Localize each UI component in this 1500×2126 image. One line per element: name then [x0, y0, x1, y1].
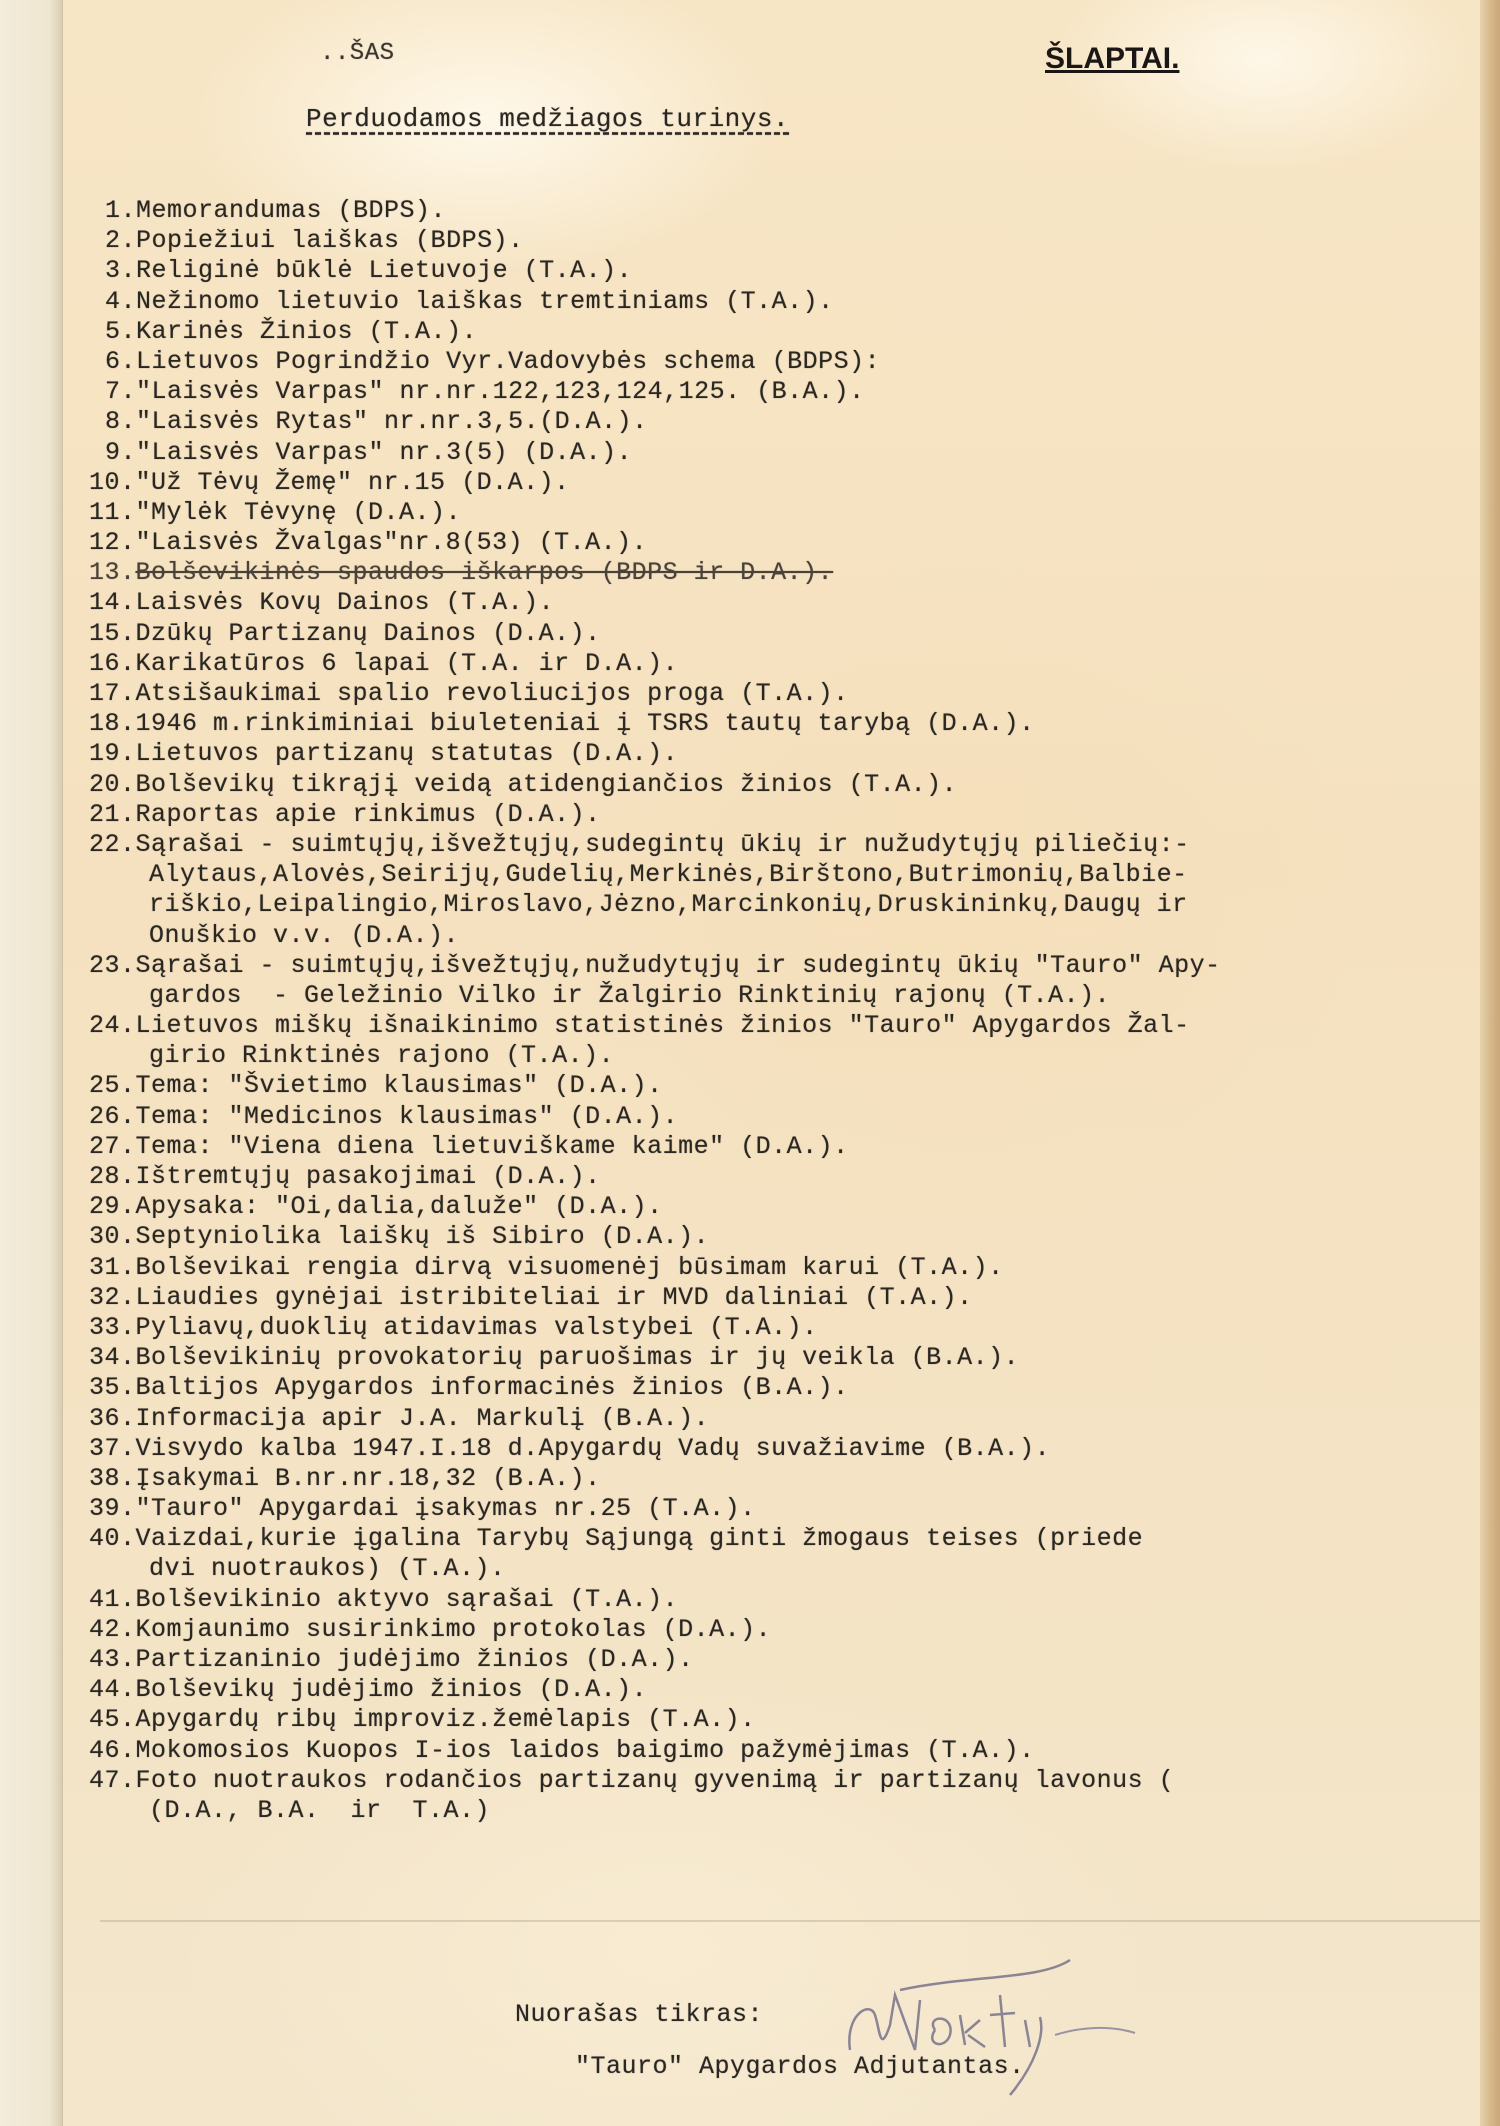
- paper-fold-line: [100, 1920, 1480, 1922]
- list-item: 47.Foto nuotraukos rodančios partizanų g…: [89, 1766, 1221, 1796]
- item-number: 36.: [89, 1404, 136, 1434]
- list-item-continuation: (D.A., B.A. ir T.A.): [119, 1796, 1221, 1826]
- item-number: 5.: [105, 317, 136, 347]
- list-item-continuation: riškio,Leipalingio,Miroslavo,Jėzno,Marci…: [119, 890, 1221, 920]
- list-item: 33.Pyliavų,duoklių atidavimas valstybei …: [89, 1313, 1221, 1343]
- item-text: Tema: "Švietimo klausimas" (D.A.).: [136, 1071, 663, 1100]
- list-item: 31.Bolševikai rengia dirvą visuomenėj bū…: [89, 1253, 1221, 1283]
- item-number: 26.: [89, 1102, 136, 1132]
- list-item: 22.Sąrašai - suimtųjų,išvežtųjų,sudegint…: [89, 830, 1221, 860]
- item-text: Vaizdai,kurie įgalina Tarybų Sąjungą gin…: [136, 1524, 1144, 1553]
- item-text: 1946 m.rinkiminiai biuleteniai į TSRS ta…: [136, 709, 1035, 738]
- item-number: 44.: [89, 1675, 136, 1705]
- item-number: 19.: [89, 739, 136, 769]
- item-number: 2.: [105, 226, 136, 256]
- item-number: 28.: [89, 1162, 136, 1192]
- item-number: 45.: [89, 1705, 136, 1735]
- list-item: 45.Apygardų ribų improviz.žemėlapis (T.A…: [89, 1705, 1221, 1735]
- item-text: girio Rinktinės rajono (T.A.).: [149, 1041, 614, 1070]
- item-text: Lietuvos partizanų statutas (D.A.).: [136, 739, 679, 768]
- list-item: 36.Informacija apir J.A. Markulį (B.A.).: [89, 1404, 1221, 1434]
- list-item-continuation: Alytaus,Alovės,Seirijų,Gudelių,Merkinės,…: [119, 860, 1221, 890]
- item-text: Lietuvos Pogrindžio Vyr.Vadovybės schema…: [136, 347, 880, 376]
- item-text: Komjaunimo susirinkimo protokolas (D.A.)…: [136, 1615, 772, 1644]
- item-text: Ištremtųjų pasakojimai (D.A.).: [136, 1162, 601, 1191]
- list-item: 34.Bolševikinių provokatorių paruošimas …: [89, 1343, 1221, 1373]
- item-text: Bolševikai rengia dirvą visuomenėj būsim…: [136, 1253, 1004, 1282]
- classification-mark: ŠLAPTAI.: [1045, 42, 1179, 76]
- list-item: 7."Laisvės Varpas" nr.nr.122,123,124,125…: [105, 377, 1221, 407]
- list-item: 35.Baltijos Apygardos informacinės žinio…: [89, 1373, 1221, 1403]
- item-text: "Laisvės Varpas" nr.nr.122,123,124,125. …: [136, 377, 865, 406]
- list-item: 40.Vaizdai,kurie įgalina Tarybų Sąjungą …: [89, 1524, 1221, 1554]
- item-number: 4.: [105, 287, 136, 317]
- item-text: Foto nuotraukos rodančios partizanų gyve…: [136, 1766, 1175, 1795]
- item-text: Bolševikų tikrąjį veidą atidengiančios ž…: [136, 770, 958, 799]
- list-item: 23.Sąrašai - suimtųjų,išvežtųjų,nužudytų…: [89, 951, 1221, 981]
- page-right-edge: [1480, 0, 1500, 2126]
- item-number: 13.: [89, 558, 136, 588]
- list-item: 43.Partizaninio judėjimo žinios (D.A.).: [89, 1645, 1221, 1675]
- handwritten-signature: [840, 1955, 1140, 2105]
- list-item: 39."Tauro" Apygardai įsakymas nr.25 (T.A…: [89, 1494, 1221, 1524]
- item-number: 18.: [89, 709, 136, 739]
- item-number: 41.: [89, 1585, 136, 1615]
- item-number: 40.: [89, 1524, 136, 1554]
- list-item: 16.Karikatūros 6 lapai (T.A. ir D.A.).: [89, 649, 1221, 679]
- item-text: Įsakymai B.nr.nr.18,32 (B.A.).: [136, 1464, 601, 1493]
- item-text: Informacija apir J.A. Markulį (B.A.).: [136, 1404, 710, 1433]
- item-text: (D.A., B.A. ir T.A.): [149, 1796, 490, 1825]
- item-number: 30.: [89, 1222, 136, 1252]
- list-item: 41.Bolševikinio aktyvo sąrašai (T.A.).: [89, 1585, 1221, 1615]
- item-number: 15.: [89, 619, 136, 649]
- list-item-continuation: girio Rinktinės rajono (T.A.).: [119, 1041, 1221, 1071]
- item-text: Bolševikinio aktyvo sąrašai (T.A.).: [136, 1585, 679, 1614]
- item-text: Bolševikinių provokatorių paruošimas ir …: [136, 1343, 1020, 1372]
- list-item: 32.Liaudies gynėjai istribiteliai ir MVD…: [89, 1283, 1221, 1313]
- list-item: 9."Laisvės Varpas" nr.3(5) (D.A.).: [105, 438, 1221, 468]
- item-text: Raportas apie rinkimus (D.A.).: [136, 800, 601, 829]
- list-item: 8."Laisvės Rytas" nr.nr.3,5.(D.A.).: [105, 407, 1221, 437]
- item-text: Septyniolika laiškų iš Sibiro (D.A.).: [136, 1222, 710, 1251]
- item-number: 14.: [89, 588, 136, 618]
- list-item: 1.Memorandumas (BDPS).: [105, 196, 1221, 226]
- item-text: Onuškio v.v. (D.A.).: [149, 921, 459, 950]
- list-item: 10."Už Tėvų Žemę" nr.15 (D.A.).: [89, 468, 1221, 498]
- item-text: Baltijos Apygardos informacinės žinios (…: [136, 1373, 849, 1402]
- list-item: 42.Komjaunimo susirinkimo protokolas (D.…: [89, 1615, 1221, 1645]
- item-text: Partizaninio judėjimo žinios (D.A.).: [136, 1645, 694, 1674]
- list-item: 44.Bolševikų judėjimo žinios (D.A.).: [89, 1675, 1221, 1705]
- list-item-continuation: Onuškio v.v. (D.A.).: [119, 921, 1221, 951]
- item-text: Pyliavų,duoklių atidavimas valstybei (T.…: [136, 1313, 818, 1342]
- item-number: 10.: [89, 468, 136, 498]
- item-text: dvi nuotraukos) (T.A.).: [149, 1554, 506, 1583]
- item-number: 17.: [89, 679, 136, 709]
- item-number: 39.: [89, 1494, 136, 1524]
- item-text: Visvydo kalba 1947.I.18 d.Apygardų Vadų …: [136, 1434, 1051, 1463]
- item-text: "Už Tėvų Žemę" nr.15 (D.A.).: [136, 468, 570, 497]
- item-text: "Laisvės Varpas" nr.3(5) (D.A.).: [136, 438, 632, 467]
- item-number: 7.: [105, 377, 136, 407]
- item-number: 23.: [89, 951, 136, 981]
- list-item: 28.Ištremtųjų pasakojimai (D.A.).: [89, 1162, 1221, 1192]
- list-item: 5.Karinės Žinios (T.A.).: [105, 317, 1221, 347]
- list-item: 13.Bolševikinės spaudos iškarpos (BDPS i…: [89, 558, 1221, 588]
- item-number: 21.: [89, 800, 136, 830]
- document-title: Perduodamos medžiagos turinys.: [306, 104, 789, 134]
- list-item: 26.Tema: "Medicinos klausimas" (D.A.).: [89, 1102, 1221, 1132]
- list-item: 15.Dzūkų Partizanų Dainos (D.A.).: [89, 619, 1221, 649]
- item-number: 27.: [89, 1132, 136, 1162]
- list-item: 21.Raportas apie rinkimus (D.A.).: [89, 800, 1221, 830]
- list-item: 19.Lietuvos partizanų statutas (D.A.).: [89, 739, 1221, 769]
- item-number: 9.: [105, 438, 136, 468]
- list-item: 24.Lietuvos miškų išnaikinimo statistinė…: [89, 1011, 1221, 1041]
- item-text: Sąrašai - suimtųjų,išvežtųjų,sudegintų ū…: [136, 830, 1190, 859]
- item-text: Karikatūros 6 lapai (T.A. ir D.A.).: [136, 649, 679, 678]
- list-item: 30.Septyniolika laiškų iš Sibiro (D.A.).: [89, 1222, 1221, 1252]
- item-number: 33.: [89, 1313, 136, 1343]
- item-text: gardos - Geležinio Vilko ir Žalgirio Rin…: [149, 981, 1110, 1010]
- item-text: "Laisvės Rytas" nr.nr.3,5.(D.A.).: [136, 407, 648, 436]
- list-item: 6.Lietuvos Pogrindžio Vyr.Vadovybės sche…: [105, 347, 1221, 377]
- list-item: 17.Atsišaukimai spalio revoliucijos prog…: [89, 679, 1221, 709]
- item-text: riškio,Leipalingio,Miroslavo,Jėzno,Marci…: [149, 890, 1188, 919]
- item-number: 25.: [89, 1071, 136, 1101]
- item-text: Memorandumas (BDPS).: [136, 196, 446, 225]
- item-number: 16.: [89, 649, 136, 679]
- item-number: 8.: [105, 407, 136, 437]
- list-item: 2.Popiežiui laiškas (BDPS).: [105, 226, 1221, 256]
- item-text: Religinė būklė Lietuvoje (T.A.).: [136, 256, 632, 285]
- item-number: 22.: [89, 830, 136, 860]
- list-item: 3.Religinė būklė Lietuvoje (T.A.).: [105, 256, 1221, 286]
- item-number: 34.: [89, 1343, 136, 1373]
- item-number: 38.: [89, 1464, 136, 1494]
- list-item: 14.Laisvės Kovų Dainos (T.A.).: [89, 588, 1221, 618]
- list-item: 12."Laisvės Žvalgas"nr.8(53) (T.A.).: [89, 528, 1221, 558]
- item-text: Tema: "Viena diena lietuviškame kaime" (…: [136, 1132, 849, 1161]
- list-item: 37.Visvydo kalba 1947.I.18 d.Apygardų Va…: [89, 1434, 1221, 1464]
- item-text: Laisvės Kovų Dainos (T.A.).: [136, 588, 555, 617]
- list-item: 4.Nežinomo lietuvio laiškas tremtiniams …: [105, 287, 1221, 317]
- item-text: Atsišaukimai spalio revoliucijos proga (…: [136, 679, 849, 708]
- item-number: 43.: [89, 1645, 136, 1675]
- item-text: "Mylėk Tėvynę (D.A.).: [136, 498, 462, 527]
- item-number: 32.: [89, 1283, 136, 1313]
- item-text: "Laisvės Žvalgas"nr.8(53) (T.A.).: [136, 528, 648, 557]
- item-number: 3.: [105, 256, 136, 286]
- list-item-continuation: dvi nuotraukos) (T.A.).: [119, 1554, 1221, 1584]
- item-text: Nežinomo lietuvio laiškas tremtiniams (T…: [136, 287, 834, 316]
- item-text: Alytaus,Alovės,Seirijų,Gudelių,Merkinės,…: [149, 860, 1188, 889]
- item-number: 11.: [89, 498, 136, 528]
- item-number: 20.: [89, 770, 136, 800]
- list-item-continuation: gardos - Geležinio Vilko ir Žalgirio Rin…: [119, 981, 1221, 1011]
- item-number: 12.: [89, 528, 136, 558]
- signer-title: "Tauro" Apygardos Adjutantas.: [575, 2052, 1025, 2081]
- scan-left-margin: [0, 0, 63, 2126]
- item-text: Bolševikų judėjimo žinios (D.A.).: [136, 1675, 648, 1704]
- list-item: 11."Mylėk Tėvynę (D.A.).: [89, 498, 1221, 528]
- list-item: 20.Bolševikų tikrąjį veidą atidengiančio…: [89, 770, 1221, 800]
- contents-list: 1.Memorandumas (BDPS).2.Popiežiui laiška…: [105, 196, 1221, 1826]
- item-number: 37.: [89, 1434, 136, 1464]
- item-number: 47.: [89, 1766, 136, 1796]
- list-item: 46.Mokomosios Kuopos I-ios laidos baigim…: [89, 1736, 1221, 1766]
- list-item: 25.Tema: "Švietimo klausimas" (D.A.).: [89, 1071, 1221, 1101]
- item-text: Tema: "Medicinos klausimas" (D.A.).: [136, 1102, 679, 1131]
- item-text: "Tauro" Apygardai įsakymas nr.25 (T.A.).: [136, 1494, 756, 1523]
- item-text: Apygardų ribų improviz.žemėlapis (T.A.).: [136, 1705, 756, 1734]
- item-number: 24.: [89, 1011, 136, 1041]
- item-text: Karinės Žinios (T.A.).: [136, 317, 477, 346]
- item-number: 42.: [89, 1615, 136, 1645]
- item-number: 29.: [89, 1192, 136, 1222]
- item-number: 6.: [105, 347, 136, 377]
- item-text: Apysaka: "Oi,dalia,daluže" (D.A.).: [136, 1192, 663, 1221]
- item-text: Liaudies gynėjai istribiteliai ir MVD da…: [136, 1283, 973, 1312]
- item-text: Popiežiui laiškas (BDPS).: [136, 226, 524, 255]
- item-text: Bolševikinės spaudos iškarpos (BDPS ir D…: [136, 558, 834, 587]
- item-number: 31.: [89, 1253, 136, 1283]
- item-text: Dzūkų Partizanų Dainos (D.A.).: [136, 619, 601, 648]
- list-item: 27.Tema: "Viena diena lietuviškame kaime…: [89, 1132, 1221, 1162]
- list-item: 38.Įsakymai B.nr.nr.18,32 (B.A.).: [89, 1464, 1221, 1494]
- item-number: 1.: [105, 196, 136, 226]
- certification-label: Nuorašas tikras:: [515, 2000, 763, 2029]
- corner-stamp: ..ŠAS: [320, 40, 395, 67]
- item-text: Lietuvos miškų išnaikinimo statistinės ž…: [136, 1011, 1190, 1040]
- list-item: 29.Apysaka: "Oi,dalia,daluže" (D.A.).: [89, 1192, 1221, 1222]
- list-item: 18.1946 m.rinkiminiai biuleteniai į TSRS…: [89, 709, 1221, 739]
- item-number: 35.: [89, 1373, 136, 1403]
- item-number: 46.: [89, 1736, 136, 1766]
- item-text: Mokomosios Kuopos I-ios laidos baigimo p…: [136, 1736, 1035, 1765]
- item-text: Sąrašai - suimtųjų,išvežtųjų,nužudytųjų …: [136, 951, 1221, 980]
